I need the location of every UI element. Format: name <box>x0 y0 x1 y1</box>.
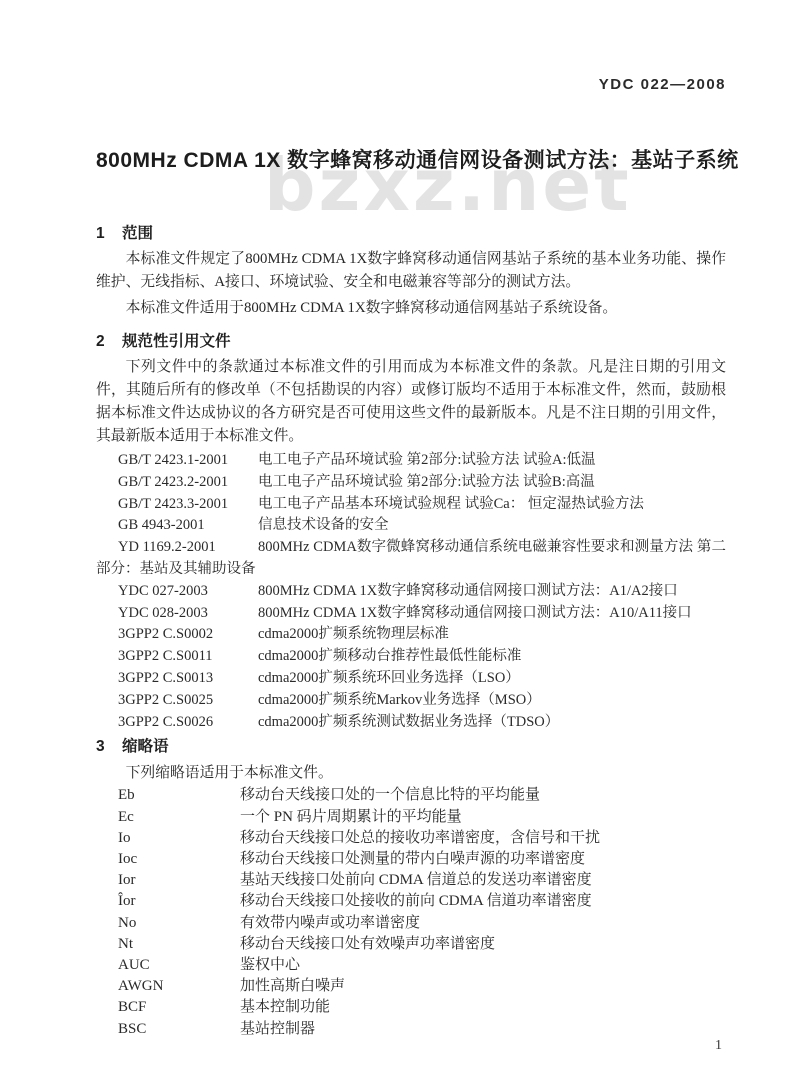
abbreviation-item: Eb移动台天线接口处的一个信息比特的平均能量 <box>96 785 726 806</box>
reference-id: 3GPP2 C.S0013 <box>118 668 258 690</box>
abbreviation-item: No有效带内噪声或功率谱密度 <box>96 913 726 934</box>
reference-desc: 800MHz CDMA 1X数字蜂窝移动通信网接口测试方法：A1/A2接口 <box>258 583 678 599</box>
reference-id: YDC 028-2003 <box>118 603 258 625</box>
abbreviation-term: BCF <box>118 997 240 1018</box>
abbreviation-desc: 鉴权中心 <box>240 957 300 973</box>
abbreviation-term: No <box>118 913 240 934</box>
abbreviation-item: Ioc移动台天线接口处测量的带内白噪声源的功率谱密度 <box>96 849 726 870</box>
doc-title: 800MHz CDMA 1X 数字蜂窝移动通信网设备测试方法：基站子系统 <box>96 146 726 176</box>
reference-desc: cdma2000扩频系统测试数据业务选择（TDSO） <box>258 714 559 730</box>
reference-item: 3GPP2 C.S0025cdma2000扩频系统Markov业务选择（MSO） <box>96 690 726 712</box>
paragraph: 下列文件中的条款通过本标准文件的引用而成为本标准文件的条款。凡是注日期的引用文件… <box>96 356 726 448</box>
abbreviation-item: AUC鉴权中心 <box>96 955 726 976</box>
abbreviation-item: BSC基站控制器 <box>96 1019 726 1040</box>
reference-desc: 电工电子产品环境试验 第2部分:试验方法 试验B:高温 <box>258 474 595 490</box>
page-number: 1 <box>715 1038 722 1054</box>
abbreviation-term: Îor <box>118 891 240 912</box>
document-page: bzxz.net YDC 022—2008 800MHz CDMA 1X 数字蜂… <box>0 0 800 1090</box>
abbreviation-term: AWGN <box>118 976 240 997</box>
reference-desc: 800MHz CDMA 1X数字蜂窝移动通信网接口测试方法：A10/A11接口 <box>258 605 692 621</box>
abbreviation-desc: 基站控制器 <box>240 1021 315 1037</box>
reference-id: GB/T 2423.2-2001 <box>118 472 258 494</box>
reference-id: 3GPP2 C.S0002 <box>118 624 258 646</box>
abbreviation-desc: 移动台天线接口处有效噪声功率谱密度 <box>240 936 495 952</box>
abbreviation-term: AUC <box>118 955 240 976</box>
reference-desc: cdma2000扩频系统Markov业务选择（MSO） <box>258 692 541 708</box>
reference-id: GB 4943-2001 <box>118 515 258 537</box>
abbreviation-term: Ioc <box>118 849 240 870</box>
page-content: YDC 022—2008 800MHz CDMA 1X 数字蜂窝移动通信网设备测… <box>0 0 800 1040</box>
abbreviation-term: Ec <box>118 807 240 828</box>
section-number: 1 <box>96 224 122 244</box>
reference-id: YD 1169.2-2001 <box>118 537 258 559</box>
reference-desc: 信息技术设备的安全 <box>258 517 389 533</box>
section-1-heading: 1范围 <box>96 224 726 244</box>
reference-id: GB/T 2423.1-2001 <box>118 450 258 472</box>
abbreviation-term: BSC <box>118 1019 240 1040</box>
reference-item: YDC 028-2003800MHz CDMA 1X数字蜂窝移动通信网接口测试方… <box>96 603 726 625</box>
reference-desc: cdma2000扩频系统环回业务选择（LSO） <box>258 670 520 686</box>
reference-item: 3GPP2 C.S0026cdma2000扩频系统测试数据业务选择（TDSO） <box>96 712 726 734</box>
abbreviation-item: BCF基本控制功能 <box>96 997 726 1018</box>
reference-item: 3GPP2 C.S0011cdma2000扩频移动台推荐性最低性能标准 <box>96 646 726 668</box>
section-2-heading: 2规范性引用文件 <box>96 332 726 352</box>
abbreviation-term: Nt <box>118 934 240 955</box>
reference-id: 3GPP2 C.S0025 <box>118 690 258 712</box>
reference-item: GB/T 2423.2-2001电工电子产品环境试验 第2部分:试验方法 试验B… <box>96 472 726 494</box>
abbreviation-item: Io移动台天线接口处总的接收功率谱密度，含信号和干扰 <box>96 828 726 849</box>
reference-item: YDC 027-2003800MHz CDMA 1X数字蜂窝移动通信网接口测试方… <box>96 581 726 603</box>
section-number: 2 <box>96 332 122 352</box>
reference-item: 3GPP2 C.S0013cdma2000扩频系统环回业务选择（LSO） <box>96 668 726 690</box>
abbreviation-desc: 有效带内噪声或功率谱密度 <box>240 915 420 931</box>
abbreviation-term: Ior <box>118 870 240 891</box>
reference-item: 3GPP2 C.S0002cdma2000扩频系统物理层标准 <box>96 624 726 646</box>
abbreviation-item: AWGN加性高斯白噪声 <box>96 976 726 997</box>
section-number: 3 <box>96 737 122 757</box>
reference-list: GB/T 2423.1-2001电工电子产品环境试验 第2部分:试验方法 试验A… <box>96 450 726 733</box>
paragraph: 本标准文件适用于800MHz CDMA 1X数字蜂窝移动通信网基站子系统设备。 <box>96 297 726 320</box>
abbreviation-desc: 移动台天线接口处总的接收功率谱密度，含信号和干扰 <box>240 830 600 846</box>
reference-desc: 电工电子产品基本环境试验规程 试验Ca： 恒定湿热试验方法 <box>258 496 644 512</box>
abbreviation-item: Îor移动台天线接口处接收的前向 CDMA 信道功率谱密度 <box>96 891 726 912</box>
abbreviation-desc: 基本控制功能 <box>240 999 330 1015</box>
abbreviation-term: Io <box>118 828 240 849</box>
paragraph: 本标准文件规定了800MHz CDMA 1X数字蜂窝移动通信网基站子系统的基本业… <box>96 248 726 294</box>
abbreviation-desc: 移动台天线接口处测量的带内白噪声源的功率谱密度 <box>240 851 585 867</box>
abbreviation-item: Nt移动台天线接口处有效噪声功率谱密度 <box>96 934 726 955</box>
reference-desc: 电工电子产品环境试验 第2部分:试验方法 试验A:低温 <box>258 452 596 468</box>
section-3-heading: 3缩略语 <box>96 737 726 757</box>
reference-desc: cdma2000扩频系统物理层标准 <box>258 626 449 642</box>
abbreviation-desc: 移动台天线接口处的一个信息比特的平均能量 <box>240 787 540 803</box>
reference-item: GB 4943-2001信息技术设备的安全 <box>96 515 726 537</box>
section-label: 缩略语 <box>122 738 169 755</box>
reference-id: YDC 027-2003 <box>118 581 258 603</box>
abbreviation-desc: 移动台天线接口处接收的前向 CDMA 信道功率谱密度 <box>240 893 592 909</box>
section-label: 范围 <box>122 225 153 242</box>
reference-desc: cdma2000扩频移动台推荐性最低性能标准 <box>258 648 521 664</box>
reference-item: GB/T 2423.3-2001电工电子产品基本环境试验规程 试验Ca： 恒定湿… <box>96 494 726 516</box>
reference-item: YD 1169.2-2001800MHz CDMA数字微蜂窝移动通信系统电磁兼容… <box>96 537 726 581</box>
reference-id: 3GPP2 C.S0011 <box>118 646 258 668</box>
abbreviation-desc: 加性高斯白噪声 <box>240 978 345 994</box>
paragraph: 下列缩略语适用于本标准文件。 <box>96 762 726 785</box>
abbreviation-item: Ior基站天线接口处前向 CDMA 信道总的发送功率谱密度 <box>96 870 726 891</box>
reference-id: GB/T 2423.3-2001 <box>118 494 258 516</box>
abbreviation-desc: 基站天线接口处前向 CDMA 信道总的发送功率谱密度 <box>240 872 592 888</box>
abbreviation-term: Eb <box>118 785 240 806</box>
reference-id: 3GPP2 C.S0026 <box>118 712 258 734</box>
section-label: 规范性引用文件 <box>122 333 231 350</box>
abbreviation-desc: 一个 PN 码片周期累计的平均能量 <box>240 809 462 825</box>
doc-number: YDC 022—2008 <box>96 76 726 94</box>
abbreviation-item: Ec一个 PN 码片周期累计的平均能量 <box>96 807 726 828</box>
reference-item: GB/T 2423.1-2001电工电子产品环境试验 第2部分:试验方法 试验A… <box>96 450 726 472</box>
abbreviation-list: Eb移动台天线接口处的一个信息比特的平均能量 Ec一个 PN 码片周期累计的平均… <box>96 785 726 1039</box>
